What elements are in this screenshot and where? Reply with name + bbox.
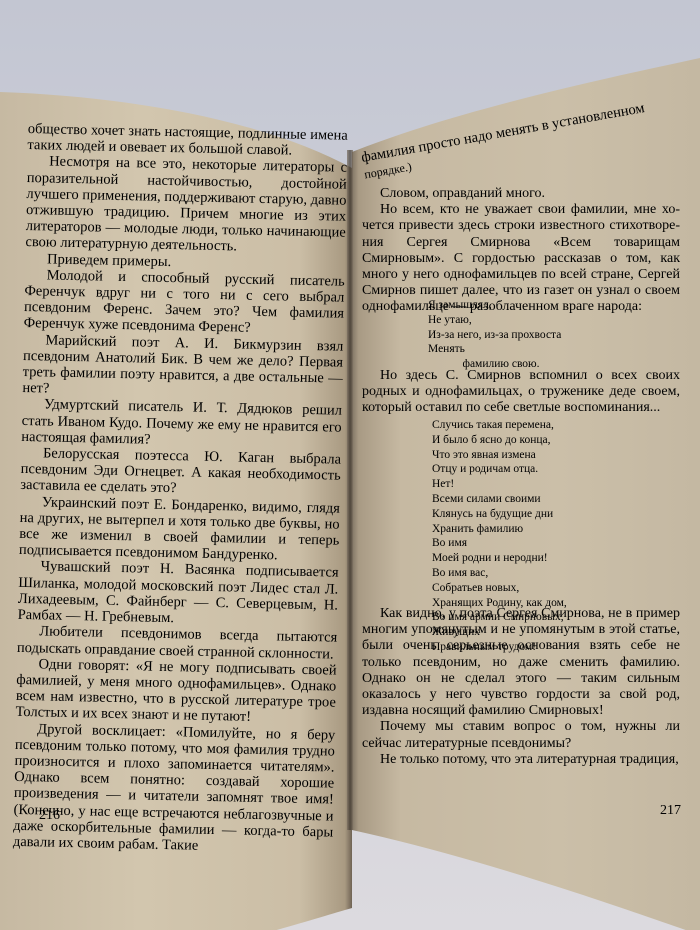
poem-line: Во имя вас,: [432, 566, 567, 581]
poem-line: Собратьев новых,: [432, 581, 567, 596]
poem-line: Отцу и родичам отца.: [432, 462, 567, 477]
paragraph: Почему мы ставим вопрос о том, нужны ли …: [362, 719, 680, 751]
paragraph: Как видно, у поэта Сергея Смирнова, не в…: [362, 606, 680, 719]
paragraph: Белорусская поэтесса Ю. Каган выбрала пс…: [20, 445, 341, 500]
poem-line: Менять: [428, 342, 561, 357]
poem-line: Не утаю,: [428, 313, 561, 328]
right-paragraphs-3: Как видно, у поэта Сергея Смирнова, не в…: [362, 606, 680, 768]
right-paragraphs-2: Но здесь С. Смирнов вспомнил о всех свои…: [362, 368, 680, 417]
poem-line: Нет!: [432, 477, 567, 492]
poem-line: Клянусь на будущие дни: [432, 507, 567, 522]
paragraph: Украинский поэт Е. Бондаренко, видимо, г…: [19, 494, 340, 565]
paragraph: Удмуртский писатель И. Т. Дядюков решил …: [21, 396, 342, 451]
paragraph: Чувашский поэт Н. Васянка подписывается …: [17, 558, 338, 629]
paragraph: Не только потому, что эта литературная т…: [362, 752, 680, 768]
paragraph: Словом, оправданий много.: [362, 186, 680, 202]
paragraph: Марийский поэт А. И. Бикмурзин взял псев…: [22, 332, 343, 403]
poem-line: Всеми силами своими: [432, 492, 567, 507]
right-paragraphs-1: Словом, оправданий много. Но всем, кто н…: [362, 186, 680, 316]
poem-line: Из-за него, из-за прохвоста: [428, 328, 561, 343]
poem-line: И было б ясно до конца,: [432, 433, 567, 448]
poem-line: Моей родни и неродни!: [432, 551, 567, 566]
paragraph: Другой восклицает: «Помилуйте, но я беру…: [13, 720, 336, 856]
poem-line: Во имя: [432, 536, 567, 551]
poem-line: Хранить фамилию: [432, 522, 567, 537]
poem-line: Что это явная измена: [432, 448, 567, 463]
paragraph: Молодой и способный русский писатель Фер…: [24, 267, 345, 338]
left-page-text: общество хочет знать настоящие, подлинны…: [13, 121, 348, 857]
book-gutter: [347, 150, 353, 830]
paragraph: Несмотря на все это, некоторые литератор…: [25, 153, 347, 257]
page-number-left: 216: [39, 808, 60, 824]
page-number-right: 217: [660, 803, 681, 819]
poem-line: Случись такая перемена,: [432, 418, 567, 433]
poem-excerpt-1: Я замышлял, Не утаю, Из-за него, из-за п…: [428, 298, 561, 372]
poem-line: Я замышлял,: [428, 298, 561, 313]
open-book: общество хочет знать настоящие, подлинны…: [0, 0, 700, 930]
paragraph: Но здесь С. Смирнов вспомнил о всех свои…: [362, 368, 680, 417]
paragraph: Одни говорят: «Я не могу подписывать сво…: [15, 656, 336, 727]
